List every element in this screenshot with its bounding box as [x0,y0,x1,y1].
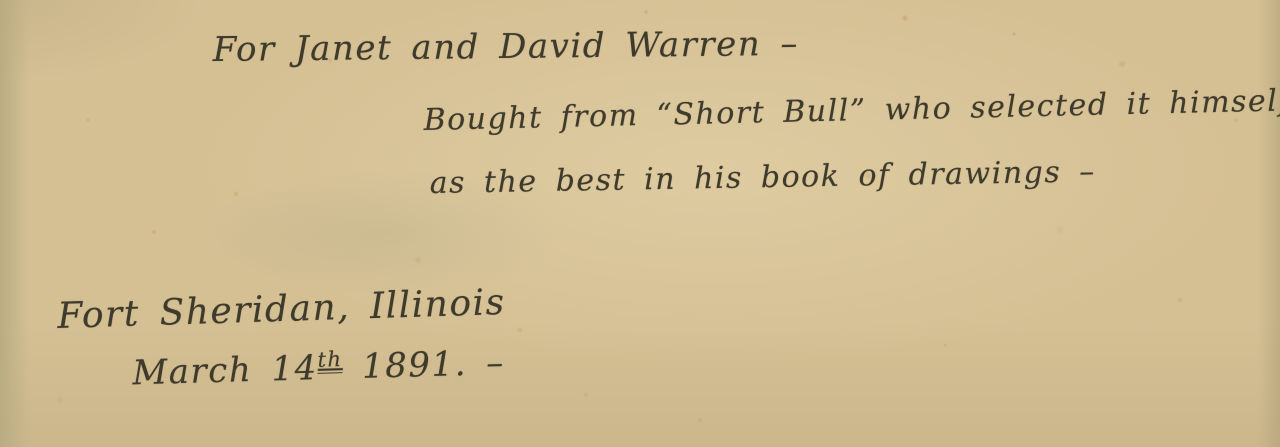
inscription-dedication-line: For Janet and David Warren – [213,24,800,70]
inscription-date-line: March 14th 1891. – [132,342,505,394]
inscription-place-line: Fort Sheridan, Illinois [57,282,506,337]
manuscript-page: For Janet and David Warren – Bought from… [0,0,1280,447]
inscription-provenance-line-1: Bought from “Short Bull” who selected it… [423,83,1280,138]
inscription-date-day: March 14 [132,348,318,393]
inscription-provenance-line-2: as the best in his book of drawings – [429,154,1096,201]
inscription-date-ordinal: th [317,346,343,374]
inscription-date-year: 1891. – [342,343,505,388]
